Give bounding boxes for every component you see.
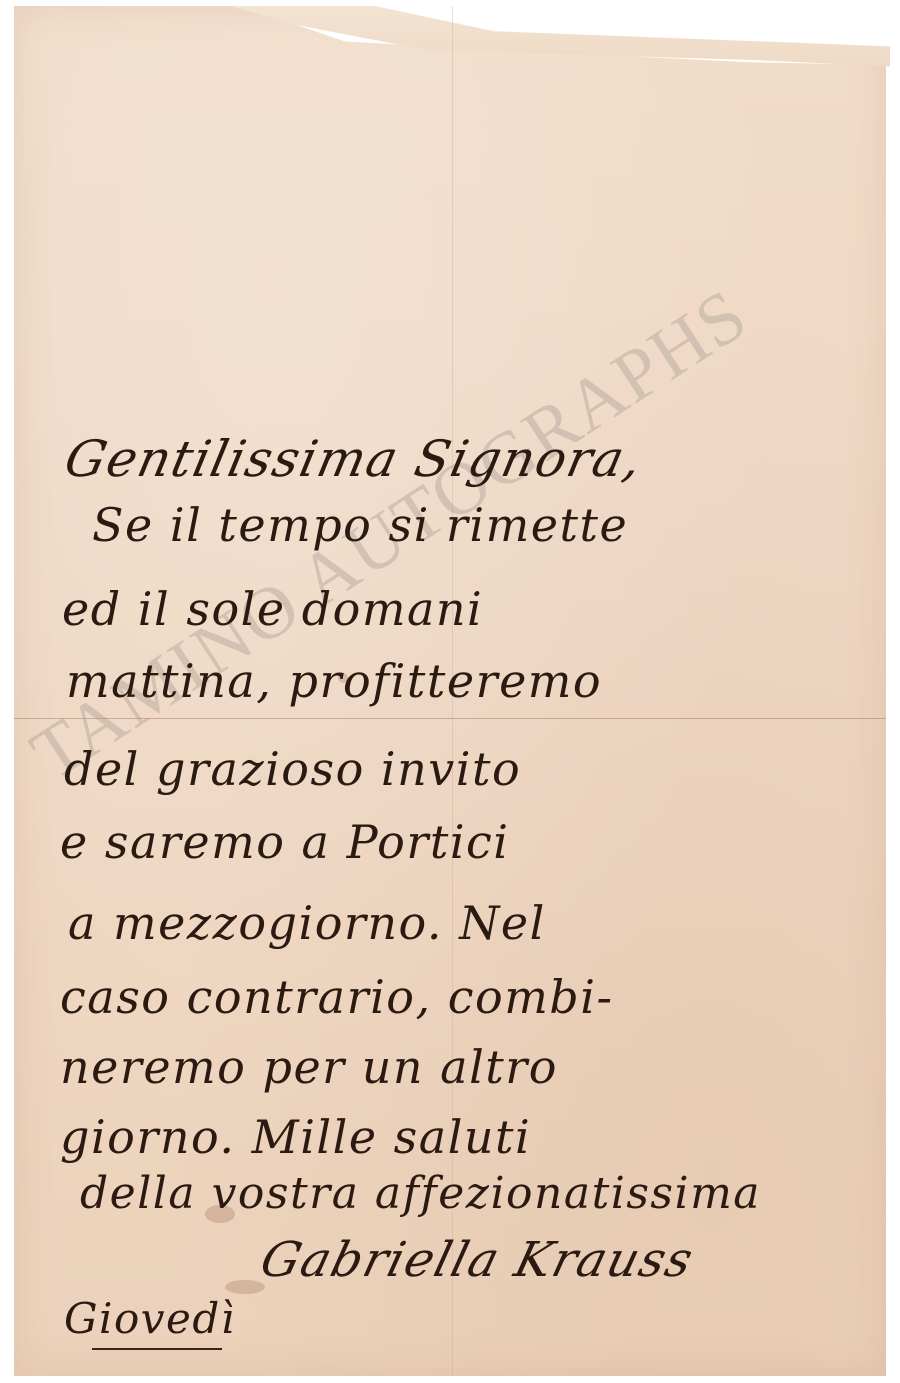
letter-body-line: mattina, profitteremo (66, 654, 602, 708)
letter-body-line: ed il sole domani (62, 582, 483, 636)
letter-body-line: e saremo a Portici (60, 815, 510, 869)
letter-closing-line: della vostra affezionatissima (80, 1168, 761, 1219)
horizontal-fold-crease (14, 718, 886, 719)
letter-body-line: neremo per un altro (60, 1040, 558, 1094)
letter-salutation: Gentilissima Signora, (60, 430, 648, 488)
letter-body-line: caso contrario, combi- (60, 970, 614, 1024)
letter-body-line: del grazioso invito (64, 742, 521, 796)
letter-date: Giovedì (64, 1294, 236, 1343)
letter-body-line: a mezzogiorno. Nel (68, 896, 546, 950)
letter-signature: Gabriella Krauss (255, 1232, 700, 1288)
letter-body-line: giorno. Mille saluti (60, 1110, 531, 1164)
date-underline (92, 1348, 222, 1350)
letter-body-line: Se il tempo si rimette (92, 498, 628, 552)
scanned-letter-page: TAMINO AUTOGRAPHS Gentilissima Signora, … (0, 0, 900, 1383)
